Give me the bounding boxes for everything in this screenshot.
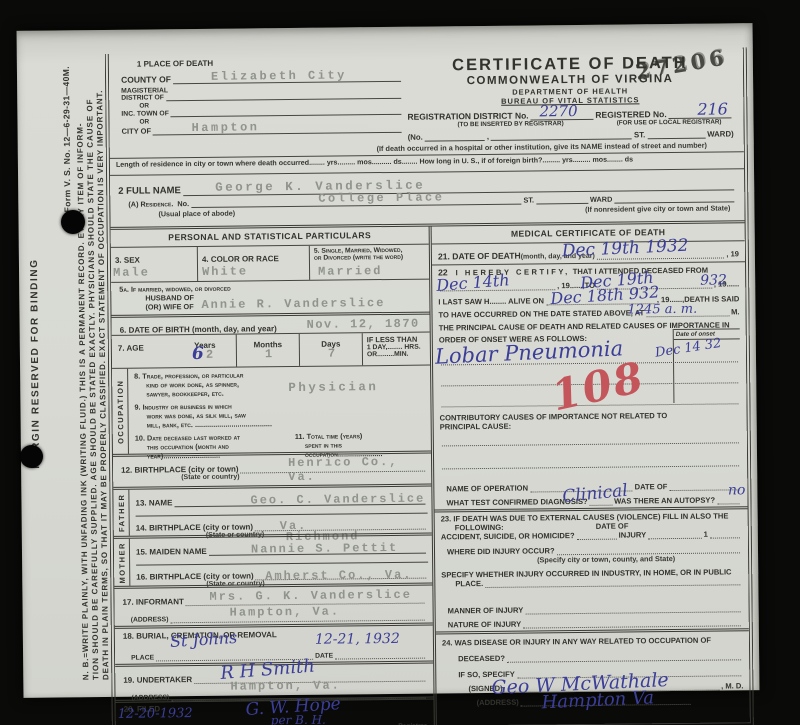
nature-label: NATURE OF INJURY bbox=[448, 620, 522, 630]
residence-value: College Place bbox=[318, 190, 444, 205]
residence-st-label: ST. bbox=[523, 195, 534, 204]
father-side-label: FATHER bbox=[113, 490, 129, 536]
certificate-form: 1 PLACE OF DEATH COUNTY OF Elizabeth Cit… bbox=[105, 47, 754, 725]
contributory-label-2: PRINCIPAL CAUSE: bbox=[440, 419, 741, 431]
registered-no-label: REGISTERED No. bbox=[595, 109, 666, 120]
dob-value: Nov. 12, 1870 bbox=[307, 317, 420, 332]
marital-value: Married bbox=[318, 264, 383, 279]
industry-label-3: mill, bank, etc. .......................… bbox=[135, 418, 427, 430]
burial-date-value: 12-21, 1932 bbox=[315, 631, 400, 648]
attended-block: 22 I HEREBY CERTIFY, THAT I ATTENDED DEC… bbox=[432, 261, 746, 321]
personal-column: PERSONAL AND STATISTICAL PARTICULARS 3. … bbox=[111, 227, 437, 725]
registrar-note-2: (FOR USE OF LOCAL REGISTRAR) bbox=[617, 118, 722, 126]
registrar-per-note: per B. H. bbox=[271, 713, 326, 725]
margin-binding-note: MARGIN RESERVED FOR BINDING bbox=[29, 258, 42, 468]
operation-label: NAME OF OPERATION bbox=[446, 484, 528, 494]
attended-year-value: 932 bbox=[700, 272, 727, 288]
maiden-name-value: Nannie S. Pettit bbox=[251, 541, 398, 557]
violence-date-of-label: DATE OF bbox=[596, 521, 629, 530]
autopsy-value: no bbox=[728, 482, 746, 498]
street-no-label: (No. bbox=[408, 133, 423, 142]
medical-column: MEDICAL CERTIFICATE OF DEATH 21. DATE OF… bbox=[432, 223, 750, 725]
registration-district-value: 2270 bbox=[539, 102, 577, 120]
race-label: 4. COLOR OR RACE bbox=[202, 254, 279, 264]
place-of-death-block: 1 PLACE OF DEATH COUNTY OF Elizabeth Cit… bbox=[109, 51, 408, 158]
binder-hole-bottom bbox=[20, 445, 43, 468]
street-st-label: ST. bbox=[634, 130, 645, 139]
deceased-label: DECEASED? bbox=[442, 654, 505, 664]
operation-date-label: DATE OF bbox=[635, 482, 668, 491]
manner-label: MANNER OF INJURY bbox=[448, 606, 524, 616]
date-of-death-19: , 19 bbox=[726, 249, 739, 258]
occupation-side-label: OCCUPATION bbox=[112, 369, 129, 454]
birthplace-label: 12. BIRTHPLACE (city or town) bbox=[121, 464, 238, 474]
registration-district-label: REGISTRATION DISTRICT No. bbox=[407, 111, 528, 122]
mother-birthplace-value: Amherst Co., Va. bbox=[265, 568, 412, 584]
trade-label-3: sawyer, bookkeeper, etc. bbox=[134, 387, 426, 399]
city-of-label: CITY OF bbox=[122, 126, 152, 135]
burial-place-label: PLACE bbox=[123, 654, 154, 661]
county-label: COUNTY OF bbox=[121, 74, 171, 85]
occupation-block: OCCUPATION 8. Trade, profession, or part… bbox=[112, 365, 431, 454]
father-block: FATHER 13. NAME Geo. C. Vanderslice 14. … bbox=[113, 484, 431, 536]
death-time-value: 1245 a. m. bbox=[627, 302, 697, 318]
violence-block: 23. IF DEATH WAS DUE TO EXTERNAL CAUSES … bbox=[435, 506, 748, 544]
mother-birthplace-label: 16. BIRTHPLACE (city or town) bbox=[136, 572, 253, 582]
abode-note: (Usual place of abode) bbox=[158, 209, 235, 219]
informant-row: 17. INFORMANT (ADDRESS) Mrs. G. K. Vande… bbox=[114, 583, 432, 626]
filed-date-value: 12-20-1932 bbox=[118, 706, 193, 722]
spouse-row: 5a. If married, widowed, or divorced HUS… bbox=[111, 279, 429, 315]
district-of-label: DISTRICT OF bbox=[121, 95, 164, 102]
burial-date-label: DATE bbox=[315, 652, 333, 659]
father-name-value: Geo. C. Vanderslice bbox=[250, 492, 425, 508]
form-columns: PERSONAL AND STATISTICAL PARTICULARS 3. … bbox=[111, 220, 750, 725]
if-less-label-3: OR.........MIN. bbox=[367, 351, 430, 359]
physician-address: Hampton Va bbox=[541, 687, 654, 713]
margin-form-number: Form V. S. No. 12—6-29-31—40M. bbox=[61, 66, 73, 212]
sex-value: Male bbox=[113, 265, 150, 279]
age-months-value: 1 bbox=[265, 347, 272, 361]
registered-no-value: 216 bbox=[697, 99, 728, 118]
informant-value: Mrs. G. K. Vanderslice bbox=[209, 588, 412, 604]
residence-ward-label: WARD bbox=[590, 195, 612, 204]
autopsy-label: WAS THERE AN AUTOPSY? bbox=[614, 496, 715, 506]
related-label-1: 24. WAS DISEASE OR INJURY IN ANY WAY REL… bbox=[442, 635, 743, 647]
birthplace-row: 12. BIRTHPLACE (city or town) (State or … bbox=[113, 451, 431, 487]
registrar-note-1: (TO BE INSERTED BY REGISTRAR) bbox=[457, 120, 563, 128]
filed-row: 20. FILED Registrar. 12-20-1932 G. W. Ho… bbox=[116, 697, 434, 725]
father-name-label: 13. NAME bbox=[135, 498, 172, 507]
last-saw-label: I LAST SAW H........ ALIVE ON bbox=[438, 296, 544, 306]
mother-side-label: MOTHER bbox=[114, 539, 130, 586]
sex-race-marital-row: 3. SEX Male 4. COLOR OR RACE White 5. Si… bbox=[111, 244, 429, 282]
race-value: White bbox=[202, 264, 248, 278]
occurred-label: TO HAVE OCCURRED ON THE DATE STATED ABOV… bbox=[438, 308, 644, 319]
father-birthplace-label: 14. BIRTHPLACE (city or town) bbox=[136, 523, 253, 533]
maiden-name-label: 15. MAIDEN NAME bbox=[136, 547, 207, 557]
undertaker-label: 19. UNDERTAKER bbox=[123, 675, 192, 685]
undertaker-row: 19. UNDERTAKER (ADDRESS) R H Smith Hampt… bbox=[115, 661, 433, 700]
specify-injury-row: SPECIFY WHETHER INJURY OCCURRED IN INDUS… bbox=[435, 564, 748, 600]
age-row: 7. AGE Years 6 2 Months 1 Days 7 bbox=[112, 332, 430, 368]
spouse-value: Annie R. Vanderslice bbox=[201, 296, 385, 312]
md-suffix: , M. D. bbox=[721, 681, 743, 690]
place-of-death-title: 1 PLACE OF DEATH bbox=[121, 57, 403, 69]
age-label: 7. AGE bbox=[118, 344, 144, 353]
undertaker-address-value: Hampton, Va. bbox=[230, 679, 341, 694]
birthplace-value: Henrico Co., Va. bbox=[288, 455, 431, 484]
sex-label: 3. SEX bbox=[115, 256, 140, 265]
informant-label: 17. INFORMANT bbox=[122, 597, 183, 607]
form-header: 1 PLACE OF DEATH COUNTY OF Elizabeth Cit… bbox=[109, 47, 744, 158]
accident-label: ACCIDENT, SUICIDE, OR HOMICIDE? bbox=[441, 531, 575, 541]
age-years-typed: 2 bbox=[206, 348, 213, 362]
age-days-value: 7 bbox=[328, 347, 335, 361]
binder-hole-top bbox=[61, 210, 85, 234]
where-injury-row: WHERE DID INJURY OCCUR? (Specify city or… bbox=[435, 541, 748, 567]
certificate-title: CERTIFICATE OF DEATH bbox=[407, 53, 733, 75]
date-of-death-label: 21. DATE OF DEATH bbox=[438, 250, 521, 261]
certificate-paper: MARGIN RESERVED FOR BINDING Form V. S. N… bbox=[17, 23, 760, 698]
marital-label-2: or Divorced (write the word) bbox=[314, 254, 427, 262]
occurred-m-label: M. bbox=[731, 307, 740, 316]
father-birthplace-state: Va. bbox=[280, 519, 308, 533]
residence-no-label: No. bbox=[177, 199, 189, 208]
inc-town-label: INC. TOWN OF bbox=[121, 110, 169, 117]
mother-block: MOTHER 15. MAIDEN NAME Nannie S. Pettit … bbox=[114, 533, 433, 586]
residence-a-label: (A) Residence. bbox=[128, 199, 173, 208]
informant-address-value: Hampton, Va. bbox=[230, 605, 341, 620]
full-name-label: 2 FULL NAME bbox=[118, 185, 181, 197]
title-block: CERTIFICATE OF DEATH COMMONWEALTH OF VIR… bbox=[407, 47, 744, 155]
injury-label: INJURY bbox=[619, 530, 647, 539]
county-value: Elizabeth City bbox=[211, 68, 347, 83]
nonresident-note: (If nonresident give city or town and St… bbox=[585, 203, 730, 214]
address-label: (ADDRESS) bbox=[443, 698, 519, 708]
contributory-block: CONTRIBUTORY CAUSES OF IMPORTANCE NOT RE… bbox=[434, 408, 748, 476]
informant-address-label: (ADDRESS) bbox=[123, 617, 169, 624]
where-injury-label: WHERE DID INJURY OCCUR? bbox=[447, 546, 555, 556]
injury-one: 1 bbox=[704, 530, 708, 539]
scanned-death-certificate-photo: MARGIN RESERVED FOR BINDING Form V. S. N… bbox=[0, 0, 800, 725]
street-ward-label: WARD) bbox=[707, 129, 734, 138]
age-years-handwritten: 6 bbox=[192, 344, 204, 364]
city-value: Hampton bbox=[191, 120, 259, 135]
occupation-related-block: 24. WAS DISEASE OR INJURY IN ANY WAY REL… bbox=[436, 628, 750, 716]
specify-label-2: PLACE. bbox=[441, 579, 483, 588]
trade-value: Physician bbox=[288, 380, 378, 395]
